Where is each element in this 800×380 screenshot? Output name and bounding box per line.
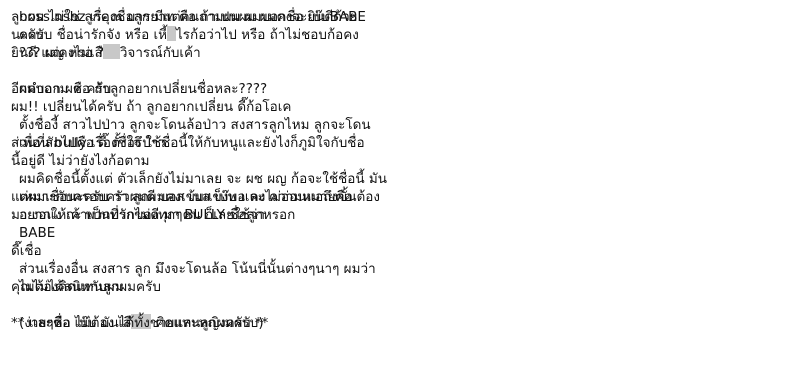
caption-screenshot: boss.nsbz เรื่องชื่อลูก มีแต่คนถามผม ผมบ…: [0, 0, 800, 380]
text-line: ลูกผม ไม่ใช่ ลูกคุณ มารยาท คือ ถ้าเปนผม …: [11, 8, 394, 26]
paragraph: อีกคำถาม คือ ถ้าลูกอยากเปลี่ยนชื่อหละ???…: [11, 80, 394, 116]
text-line: ผม!! เปลี่ยนได้ครับ ถ้า ลูกอยากเปลี่ยน ด…: [11, 98, 394, 116]
text-line: นี้อยู่ดี ไม่ว่ายังไงก้อตาม: [11, 152, 394, 170]
text-line: มา งอแง กะ พวกปากไม่ดี มา BULLY ชื่อลูกห…: [11, 206, 394, 224]
text-line: แต่ผมเชื่อนะครับ ว่า ลูกผมคงเข้มแข็งพอ ค…: [11, 188, 394, 206]
text-line: ยินดี แต่คงไม่เสืวิจารณ์กับเค้า: [11, 44, 394, 62]
text-line: นะครับ ชื่อน่ารักจัง หรือ เหี้ไรก้อว่าไป…: [11, 26, 394, 44]
censor-box: [103, 44, 120, 59]
paragraph: ดี๊เชื่อ: [11, 242, 394, 260]
right-column: ลูกผม ไม่ใช่ ลูกคุณ มารยาท คือ ถ้าเปนผม …: [0, 0, 400, 350]
paragraph: ** และชื่อ เบ๊บ มันได้ทั้งชายและหญิงครับ…: [11, 314, 394, 332]
paragraph: คุณไม่ได้สนิทกับผม: [11, 278, 394, 296]
text-line: ** และชื่อ เบ๊บ มันได้ทั้งชายและหญิงครับ…: [11, 314, 394, 332]
paragraph: ส่วนที่สักไปคือ ดี๊ ตั้งใจ ใช้ชื่อนี้ให้…: [11, 134, 394, 170]
text-segment: ยินดี แต่คงไม่เสื: [11, 45, 103, 61]
text-line: ดี๊เชื่อ: [11, 242, 394, 260]
paragraph: ลูกผม ไม่ใช่ ลูกคุณ มารยาท คือ ถ้าเปนผม …: [11, 8, 394, 62]
paragraph: แต่ผมเชื่อนะครับ ว่า ลูกผมคงเข้มแข็งพอ ค…: [11, 188, 394, 224]
text-line: ส่วนที่สักไปคือ ดี๊ ตั้งใจ ใช้ชื่อนี้ให้…: [11, 134, 394, 152]
censor-box: [167, 26, 176, 41]
text-line: อีกคำถาม คือ ถ้าลูกอยากเปลี่ยนชื่อหละ???…: [11, 80, 394, 98]
text-segment: ไรก้อว่าไป หรือ ถ้าไม่ชอบก้อคง: [176, 27, 359, 43]
text-segment: นะครับ ชื่อน่ารักจัง หรือ เหี้: [11, 27, 167, 43]
text-segment: วิจารณ์กับเค้า: [120, 45, 201, 61]
text-line: คุณไม่ได้สนิทกับผม: [11, 278, 394, 296]
